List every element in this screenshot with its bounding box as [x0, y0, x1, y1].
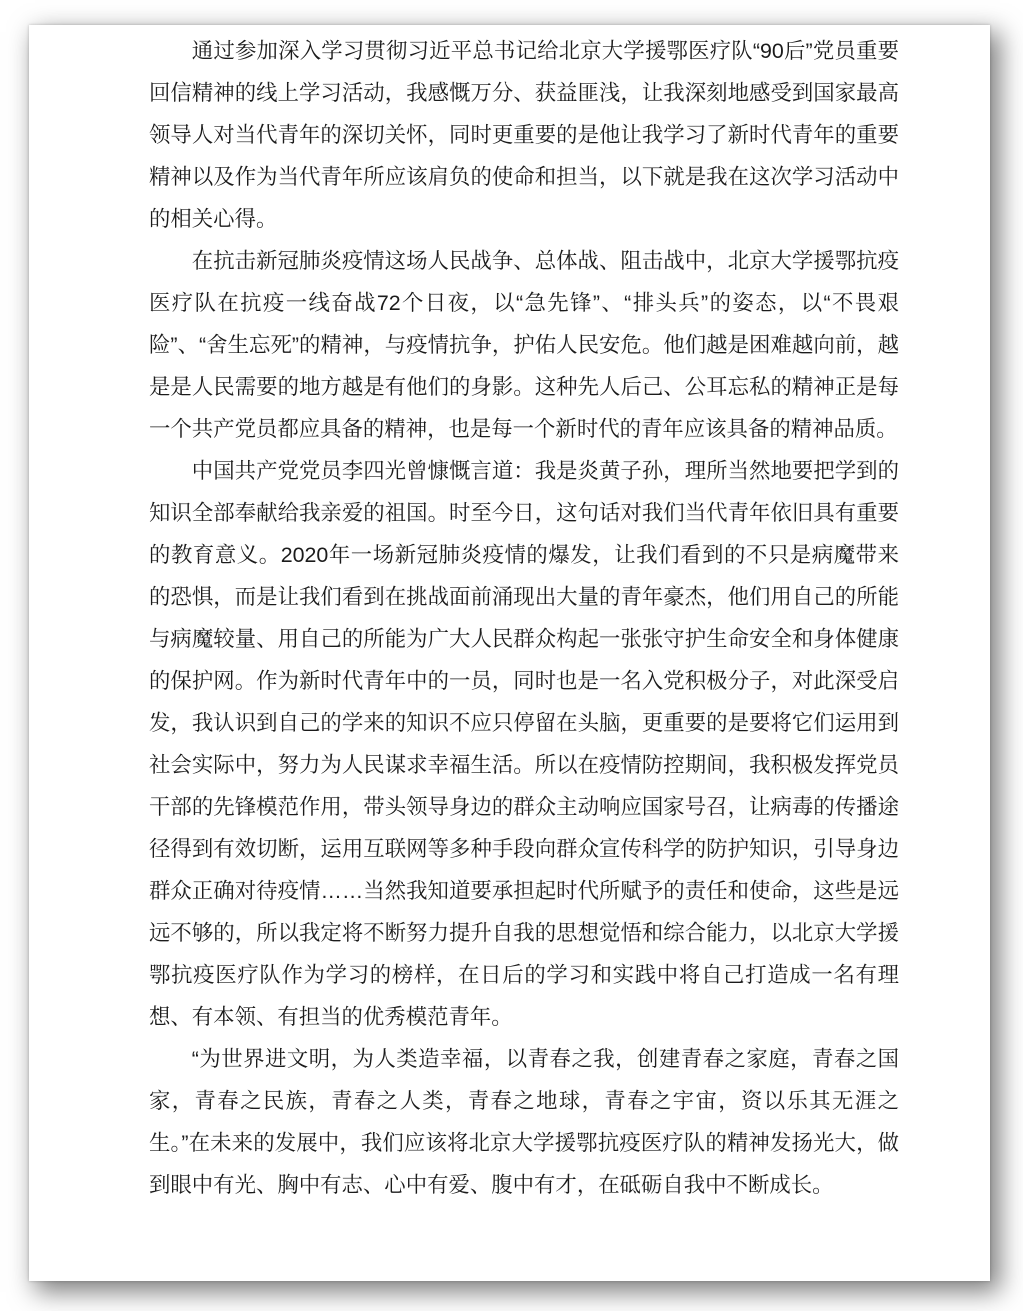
paragraph-youth-quote-conclusion: “为世界进文明，为人类造幸福，以青春之我，创建青春之家庭，青春之国家，青春之民族… [149, 1038, 899, 1206]
paragraph-study-activity-intro: 通过参加深入学习贯彻习近平总书记给北京大学援鄂医疗队“90后”党员重要回信精神的… [149, 30, 899, 240]
document-canvas: 通过参加深入学习贯彻习近平总书记给北京大学援鄂医疗队“90后”党员重要回信精神的… [0, 0, 1023, 1311]
document-body: 通过参加深入学习贯彻习近平总书记给北京大学援鄂医疗队“90后”党员重要回信精神的… [149, 30, 899, 1206]
paragraph-li-siguang-reflection: 中国共产党党员李四光曾慷慨言道：我是炎黄子孙，理所当然地要把学到的知识全部奉献给… [149, 450, 899, 1038]
document-page: 通过参加深入学习贯彻习近平总书记给北京大学援鄂医疗队“90后”党员重要回信精神的… [29, 25, 990, 1281]
paragraph-medical-team-spirit: 在抗击新冠肺炎疫情这场人民战争、总体战、阻击战中，北京大学援鄂抗疫医疗队在抗疫一… [149, 240, 899, 450]
